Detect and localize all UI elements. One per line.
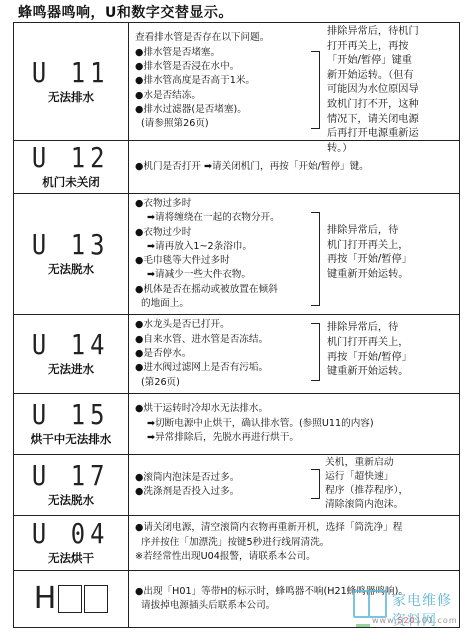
remedy-line: 关机，重新启动 [325, 456, 455, 470]
desc-line: ➡切断电源中止烘干，确认排水管。(参照U11的内容) [135, 417, 455, 431]
remedy-line: 新开始运转。（但有 [327, 69, 447, 84]
code-cell: U 11 无法排水 [14, 23, 129, 141]
url-number: 520 [397, 616, 415, 625]
description-cell: ●水龙头是否已打开。 ●自来水管、进水管是否冻结。 ●是否停水。 ●进水阀过滤网… [129, 315, 460, 393]
table-row-u12: U 12 机门未关闭 ●机门是否打开 ➡请关闭机门，再按「开始/暂停」键。 [14, 141, 460, 194]
error-code-display: U 17 [32, 462, 110, 490]
remedy-line: 键重新开始运转。 [327, 268, 447, 283]
table-row-u14: U 14 无法进水 ●水龙头是否已打开。 ●自来水管、进水管是否冻结。 ●是否停… [14, 315, 460, 393]
remedy-line: 键重新开始运转。 [327, 365, 447, 380]
desc-line: 序并按住「加漂洗」按键5秒进行线屑清洗。 [135, 536, 455, 550]
table-row-u17: U 17 无法脱水 ●滚筒内泡沫是否过多。 ●洗涤剂是否投入过多。 关机，重新启… [14, 454, 460, 515]
error-code-display: U 04 [32, 520, 110, 548]
desc-line: ※若经常性出现U04报警，请联系本公司。 [135, 550, 455, 564]
remedy-line: 打开再关上，再按 [327, 40, 447, 55]
digit-placeholder-box [58, 585, 82, 613]
code-cell: U 15 烘干中无法排水 [14, 393, 129, 454]
bracket-divider [311, 469, 320, 499]
remedy-line: 致机门打不开，这种 [327, 98, 447, 113]
table-row-u15: U 15 烘干中无法排水 ●烘干运转时冷却水无法排水。 ➡切断电源中止烘干，确认… [14, 393, 460, 454]
desc-line: ➡异常排除后，先脱水再进行烘干。 [135, 431, 455, 445]
remedy-line: 再按「开始/暂停」 [327, 253, 447, 268]
error-label: 无法烘干 [14, 550, 128, 566]
code-cell: U 04 无法烘干 [14, 515, 129, 570]
url-prefix: www. [372, 616, 397, 625]
remedy-line: 机门打开再关上， [327, 336, 447, 351]
remedy-line: 排除异常后，待 [327, 321, 447, 336]
remedy-text: 排除异常后，待 机门打开再关上， 再按「开始/暂停」 键重新开始运转。 [327, 321, 447, 379]
desc-line: ●机体是否在摇动或被放置在倾斜 [135, 283, 455, 297]
error-code-display: U 13 [32, 231, 110, 259]
remedy-line: 清除滚筒内泡沫。 [325, 498, 455, 512]
error-label: 无法进水 [14, 361, 128, 377]
remedy-line: 再按「开始/暂停」 [327, 351, 447, 366]
error-code-display: H [34, 581, 57, 616]
code-cell: U 12 机门未关闭 [14, 141, 129, 194]
error-code-display: U 14 [32, 331, 110, 359]
bracket-divider [311, 212, 320, 306]
remedy-line: 运行「超快速」 [325, 470, 455, 484]
leaf-logo-icon [356, 616, 370, 627]
remedy-text: 排除异常后，待机门 打开再关上，再按 「开始/暂停」键重 新开始运转。（但有 可… [327, 25, 447, 156]
code-cell: U 13 无法脱水 [14, 194, 129, 315]
remedy-line: 可能因为水位原因导 [327, 83, 447, 98]
description-cell: ●机门是否打开 ➡请关闭机门，再按「开始/暂停」键。 [129, 141, 460, 194]
desc-line: ●请关闭电源，清空滚筒内衣物再重新开机，选择「筒洗净」程 [135, 521, 455, 535]
bracket-divider [311, 323, 320, 381]
desc-line: ●衣物过多时 [135, 197, 455, 211]
watermark-url: www.520101.com [372, 616, 458, 625]
table-row-u04: U 04 无法烘干 ●请关闭电源，清空滚筒内衣物再重新开机，选择「筒洗净」程 序… [14, 515, 460, 570]
remedy-line: 机门打开再关上， [327, 239, 447, 254]
remedy-line: 排除异常后，待机门 [327, 25, 447, 40]
error-label: 无法脱水 [14, 261, 128, 277]
page-title: 蜂鸣器鸣响，U和数字交替显示。 [18, 2, 233, 22]
table-row-u11: U 11 无法排水 查看排水管是否存在以下问题。 ●排水管是否堵塞。 ●排水管是… [14, 23, 460, 141]
table-row-u13: U 13 无法脱水 ●衣物过多时 ➡请将缠绕在一起的衣物分开。 ●衣物过少时 ➡… [14, 194, 460, 315]
code-cell: U 17 无法脱水 [14, 454, 129, 515]
remedy-text: 关机，重新启动 运行「超快速」 程序（推荐程序）， 清除滚筒内泡沫。 [325, 456, 455, 512]
digit-placeholder-box [84, 585, 108, 613]
error-label: 无法排水 [14, 89, 128, 105]
error-code-table: U 11 无法排水 查看排水管是否存在以下问题。 ●排水管是否堵塞。 ●排水管是… [13, 22, 460, 628]
bracket-divider [311, 51, 320, 129]
error-label: 烘干中无法排水 [14, 431, 128, 447]
remedy-line: 情况下，请关闭电源 [327, 113, 447, 128]
description-cell: ●请关闭电源，清空滚筒内衣物再重新开机，选择「筒洗净」程 序并按住「加漂洗」按键… [129, 515, 460, 570]
error-code-display: U 15 [32, 401, 110, 429]
error-code-display: U 11 [32, 59, 110, 87]
code-cell: U 14 无法进水 [14, 315, 129, 393]
book-logo-icon [353, 590, 387, 618]
code-cell: H [14, 570, 129, 627]
url-suffix: 101.com [416, 616, 458, 625]
desc-line: 的地面上。 [135, 297, 455, 311]
description-cell: 查看排水管是否存在以下问题。 ●排水管是否堵塞。 ●排水管是否浸在水中。 ●排水… [129, 23, 460, 141]
description-cell: ●烘干运转时冷却水无法排水。 ➡切断电源中止烘干，确认排水管。(参照U11的内容… [129, 393, 460, 454]
desc-line: ●机门是否打开 ➡请关闭机门，再按「开始/暂停」键。 [135, 160, 455, 174]
remedy-text: 排除异常后，待 机门打开再关上， 再按「开始/暂停」 键重新开始运转。 [327, 224, 447, 282]
remedy-line: 「开始/暂停」键重 [327, 54, 447, 69]
error-code-display: U 12 [32, 144, 110, 172]
remedy-line: 程序（推荐程序）， [325, 484, 455, 498]
description-cell: ●滚筒内泡沫是否过多。 ●洗涤剂是否投入过多。 关机，重新启动 运行「超快速」 … [129, 454, 460, 515]
error-label: 无法脱水 [14, 492, 128, 508]
desc-line: ●烘干运转时冷却水无法排水。 [135, 402, 455, 416]
remedy-line: 排除异常后，待 [327, 224, 447, 239]
error-label: 机门未关闭 [14, 174, 128, 190]
description-cell: ●衣物过多时 ➡请将缠绕在一起的衣物分开。 ●衣物过少时 ➡请再放入1~2条浴巾… [129, 194, 460, 315]
